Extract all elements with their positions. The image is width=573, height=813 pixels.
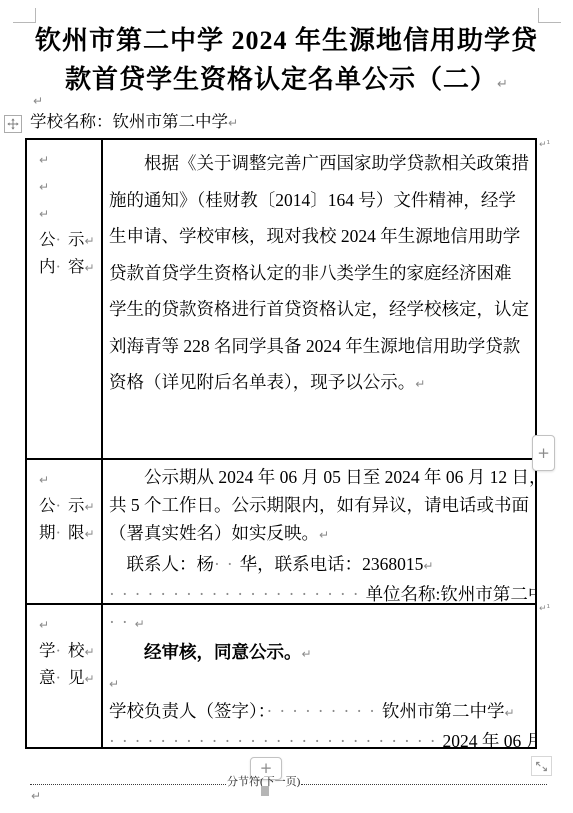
space-dots: ·: [56, 257, 69, 276]
format-mark: ↵: [85, 261, 95, 275]
text-run: 生申请、学校审核，现对我校 2024 年生源地信用助学: [109, 226, 520, 246]
school-name-line[interactable]: 学校名称：钦州市第二中学↵: [30, 111, 238, 134]
space-dots: ·: [56, 641, 69, 660]
text-line: ····················单位名称:钦州市第二中学↵: [109, 580, 531, 603]
paragraph-mark: ↵: [497, 77, 508, 92]
text-line: 期·限↵: [39, 520, 99, 547]
text-run: 共 5 个工作日。公示期限内，如有异议，请电话或书面: [109, 495, 529, 515]
document-title[interactable]: 钦州市第二中学 2024 年生源地信用助学贷 款首贷学生资格认定名单公示（二）↵: [0, 21, 573, 104]
space-dots: ·········: [267, 701, 382, 721]
format-mark: ↵: [39, 618, 49, 632]
format-mark: ↵: [85, 234, 95, 248]
text-run: 2024 年 06 月 05 日: [443, 731, 535, 747]
move-arrows-icon: [7, 118, 19, 130]
text-line: 生申请、学校审核，现对我校 2024 年生源地信用助学: [109, 218, 531, 255]
text-run: 见: [68, 668, 85, 687]
school-opinion-cell[interactable]: ··↵ 经审核，同意公示。↵↵学校负责人（签字）：·········钦州市第二中…: [103, 605, 535, 747]
row-end-mark: ↵¹: [539, 140, 550, 150]
format-mark: ↵: [85, 527, 95, 541]
table-row-publicity-period: ↵公·示↵期·限↵ 公示期从 2024 年 06 月 05 日至 2024 年 …: [27, 458, 535, 603]
text-line: 公示期从 2024 年 06 月 05 日至 2024 年 06 月 12 日，: [109, 463, 531, 491]
space-dots: ·: [56, 668, 69, 687]
text-line: 学校负责人（签字）：·········钦州市第二中学↵: [109, 698, 531, 728]
text-run: 学: [39, 641, 56, 660]
format-mark: ↵: [85, 672, 95, 686]
text-run: 钦州市第二中学: [382, 701, 505, 721]
text-line: 学·校↵: [39, 638, 99, 665]
format-mark: ↵: [302, 647, 312, 661]
paragraph-mark: ↵: [31, 789, 41, 803]
space-dots: ··: [109, 612, 135, 632]
publicity-content-label-cell[interactable]: ↵↵↵公·示↵内·容↵: [27, 140, 103, 458]
table-move-handle[interactable]: [4, 115, 22, 133]
text-line: 公·示↵: [39, 493, 99, 520]
format-mark: ↵: [85, 645, 95, 659]
text-run: 限: [68, 523, 85, 542]
row-end-mark: ↵¹: [539, 604, 550, 614]
text-line: （署真实姓名）如实反映。↵: [109, 519, 531, 549]
text-run: 贷款首贷学生资格认定的非八类学生的家庭经济困难: [109, 263, 512, 283]
text-line: 贷款首贷学生资格认定的非八类学生的家庭经济困难: [109, 255, 531, 292]
format-mark: ↵: [109, 677, 119, 691]
space-dots: ·: [56, 523, 69, 542]
drag-indicator-square: [261, 786, 269, 796]
text-line: 意·见↵: [39, 665, 99, 692]
insert-row-handle-button[interactable]: +: [532, 435, 555, 471]
space-dots: ·: [56, 230, 69, 249]
text-run: 意: [39, 668, 56, 687]
text-line: 施的通知》（桂财教〔2014〕164 号）文件精神，经学: [109, 182, 531, 219]
text-line: 学生的贷款资格进行首贷资格认定，经学校核定，认定: [109, 291, 531, 328]
text-run: 容: [68, 257, 85, 276]
text-run: 单位名称:钦州市第二中学: [366, 584, 535, 603]
space-dots: ··: [214, 554, 240, 574]
word-document-page: 钦州市第二中学 2024 年生源地信用助学贷 款首贷学生资格认定名单公示（二）↵…: [0, 0, 573, 813]
text-run: 资格（详见附后名单表），现予以公示。: [109, 372, 415, 392]
text-line: 资格（详见附后名单表），现予以公示。↵: [109, 364, 531, 403]
text-line: 内·容↵: [39, 254, 99, 281]
announcement-table: ↵↵↵公·示↵内·容↵ 根据《关于调整完善广西国家助学贷款相关政策措施的通知》（…: [25, 138, 537, 749]
text-line: ↵: [39, 173, 99, 200]
text-line: 公·示↵: [39, 227, 99, 254]
text-run: 学校负责人（签字）：: [109, 701, 267, 721]
table-row-publicity-content: ↵↵↵公·示↵内·容↵ 根据《关于调整完善广西国家助学贷款相关政策措施的通知》（…: [27, 140, 535, 458]
text-line: 根据《关于调整完善广西国家助学贷款相关政策措: [109, 145, 531, 182]
format-mark: ↵: [39, 207, 49, 221]
format-mark: ↵: [319, 528, 329, 542]
text-line: ↵: [39, 200, 99, 227]
plus-icon: +: [537, 446, 550, 461]
text-run: 期: [39, 523, 56, 542]
table-row-school-opinion: ↵学·校↵意·见↵ ··↵ 经审核，同意公示。↵↵学校负责人（签字）：·····…: [27, 603, 535, 747]
format-mark: ↵: [415, 377, 425, 391]
text-run: （署真实姓名）如实反映。: [109, 523, 319, 543]
text-run: 公: [39, 496, 56, 515]
text-run: 根据《关于调整完善广西国家助学贷款相关政策措: [109, 153, 529, 173]
text-run: 内: [39, 257, 56, 276]
text-run: 刘海青等 228 名同学具备 2024 年生源地信用助学贷款: [109, 336, 520, 356]
space-dots: ·: [56, 496, 69, 515]
publicity-period-label-cell[interactable]: ↵公·示↵期·限↵: [27, 460, 103, 603]
section-break-divider: 分节符(下一页): [30, 773, 547, 788]
text-line: ↵: [39, 466, 99, 493]
text-run: 示: [68, 496, 85, 515]
section-break-line: [30, 783, 226, 785]
publicity-period-cell[interactable]: 公示期从 2024 年 06 月 05 日至 2024 年 06 月 12 日，…: [103, 460, 535, 603]
text-line: 刘海青等 228 名同学具备 2024 年生源地信用助学贷款: [109, 328, 531, 365]
paragraph-mark: ↵: [33, 94, 43, 108]
title-line-2: 款首贷学生资格认定名单公示（二）↵: [0, 60, 573, 104]
text-line: ↵: [39, 146, 99, 173]
text-run: 公: [39, 230, 56, 249]
format-mark: ↵: [39, 473, 49, 487]
text-line: ↵: [39, 611, 99, 638]
format-mark: ↵: [39, 153, 49, 167]
text-run: 施的通知》（桂财教〔2014〕164 号）文件精神，经学: [109, 190, 516, 210]
text-run: 校: [68, 641, 85, 660]
text-run: 联系人：杨: [109, 554, 214, 574]
text-run: 示: [68, 230, 85, 249]
space-dots: ··························: [109, 731, 443, 747]
text-line: 经审核，同意公示。↵: [109, 639, 531, 669]
table-resize-handle[interactable]: [531, 756, 552, 776]
text-line: 联系人：杨··华，联系电话：2368015↵: [109, 550, 531, 580]
format-mark: ↵: [423, 559, 433, 573]
title-line-1: 钦州市第二中学 2024 年生源地信用助学贷: [0, 21, 573, 60]
space-dots: ····················: [109, 584, 366, 603]
format-mark: ↵: [504, 706, 514, 720]
text-line: ↵: [109, 669, 531, 699]
text-line: ··························2024 年 06 月 05…: [109, 728, 531, 747]
text-line: ··↵: [109, 609, 531, 639]
format-mark: ↵: [85, 500, 95, 514]
publicity-content-cell[interactable]: 根据《关于调整完善广西国家助学贷款相关政策措施的通知》（桂财教〔2014〕164…: [103, 140, 535, 458]
school-opinion-label-cell[interactable]: ↵学·校↵意·见↵: [27, 605, 103, 747]
text-run: 经审核，同意公示。: [109, 642, 302, 662]
format-mark: ↵: [39, 180, 49, 194]
text-run: 学生的贷款资格进行首贷资格认定，经学校核定，认定: [109, 299, 529, 319]
format-mark: ↵: [135, 617, 145, 631]
section-break-line: [301, 783, 547, 785]
text-run: 华，联系电话：2368015: [240, 554, 424, 574]
paragraph-mark: ↵: [228, 116, 238, 130]
text-line: 共 5 个工作日。公示期限内，如有异议，请电话或书面: [109, 491, 531, 519]
diagonal-resize-arrows-icon: [534, 760, 549, 773]
text-run: 公示期从 2024 年 06 月 05 日至 2024 年 06 月 12 日，: [109, 467, 535, 487]
